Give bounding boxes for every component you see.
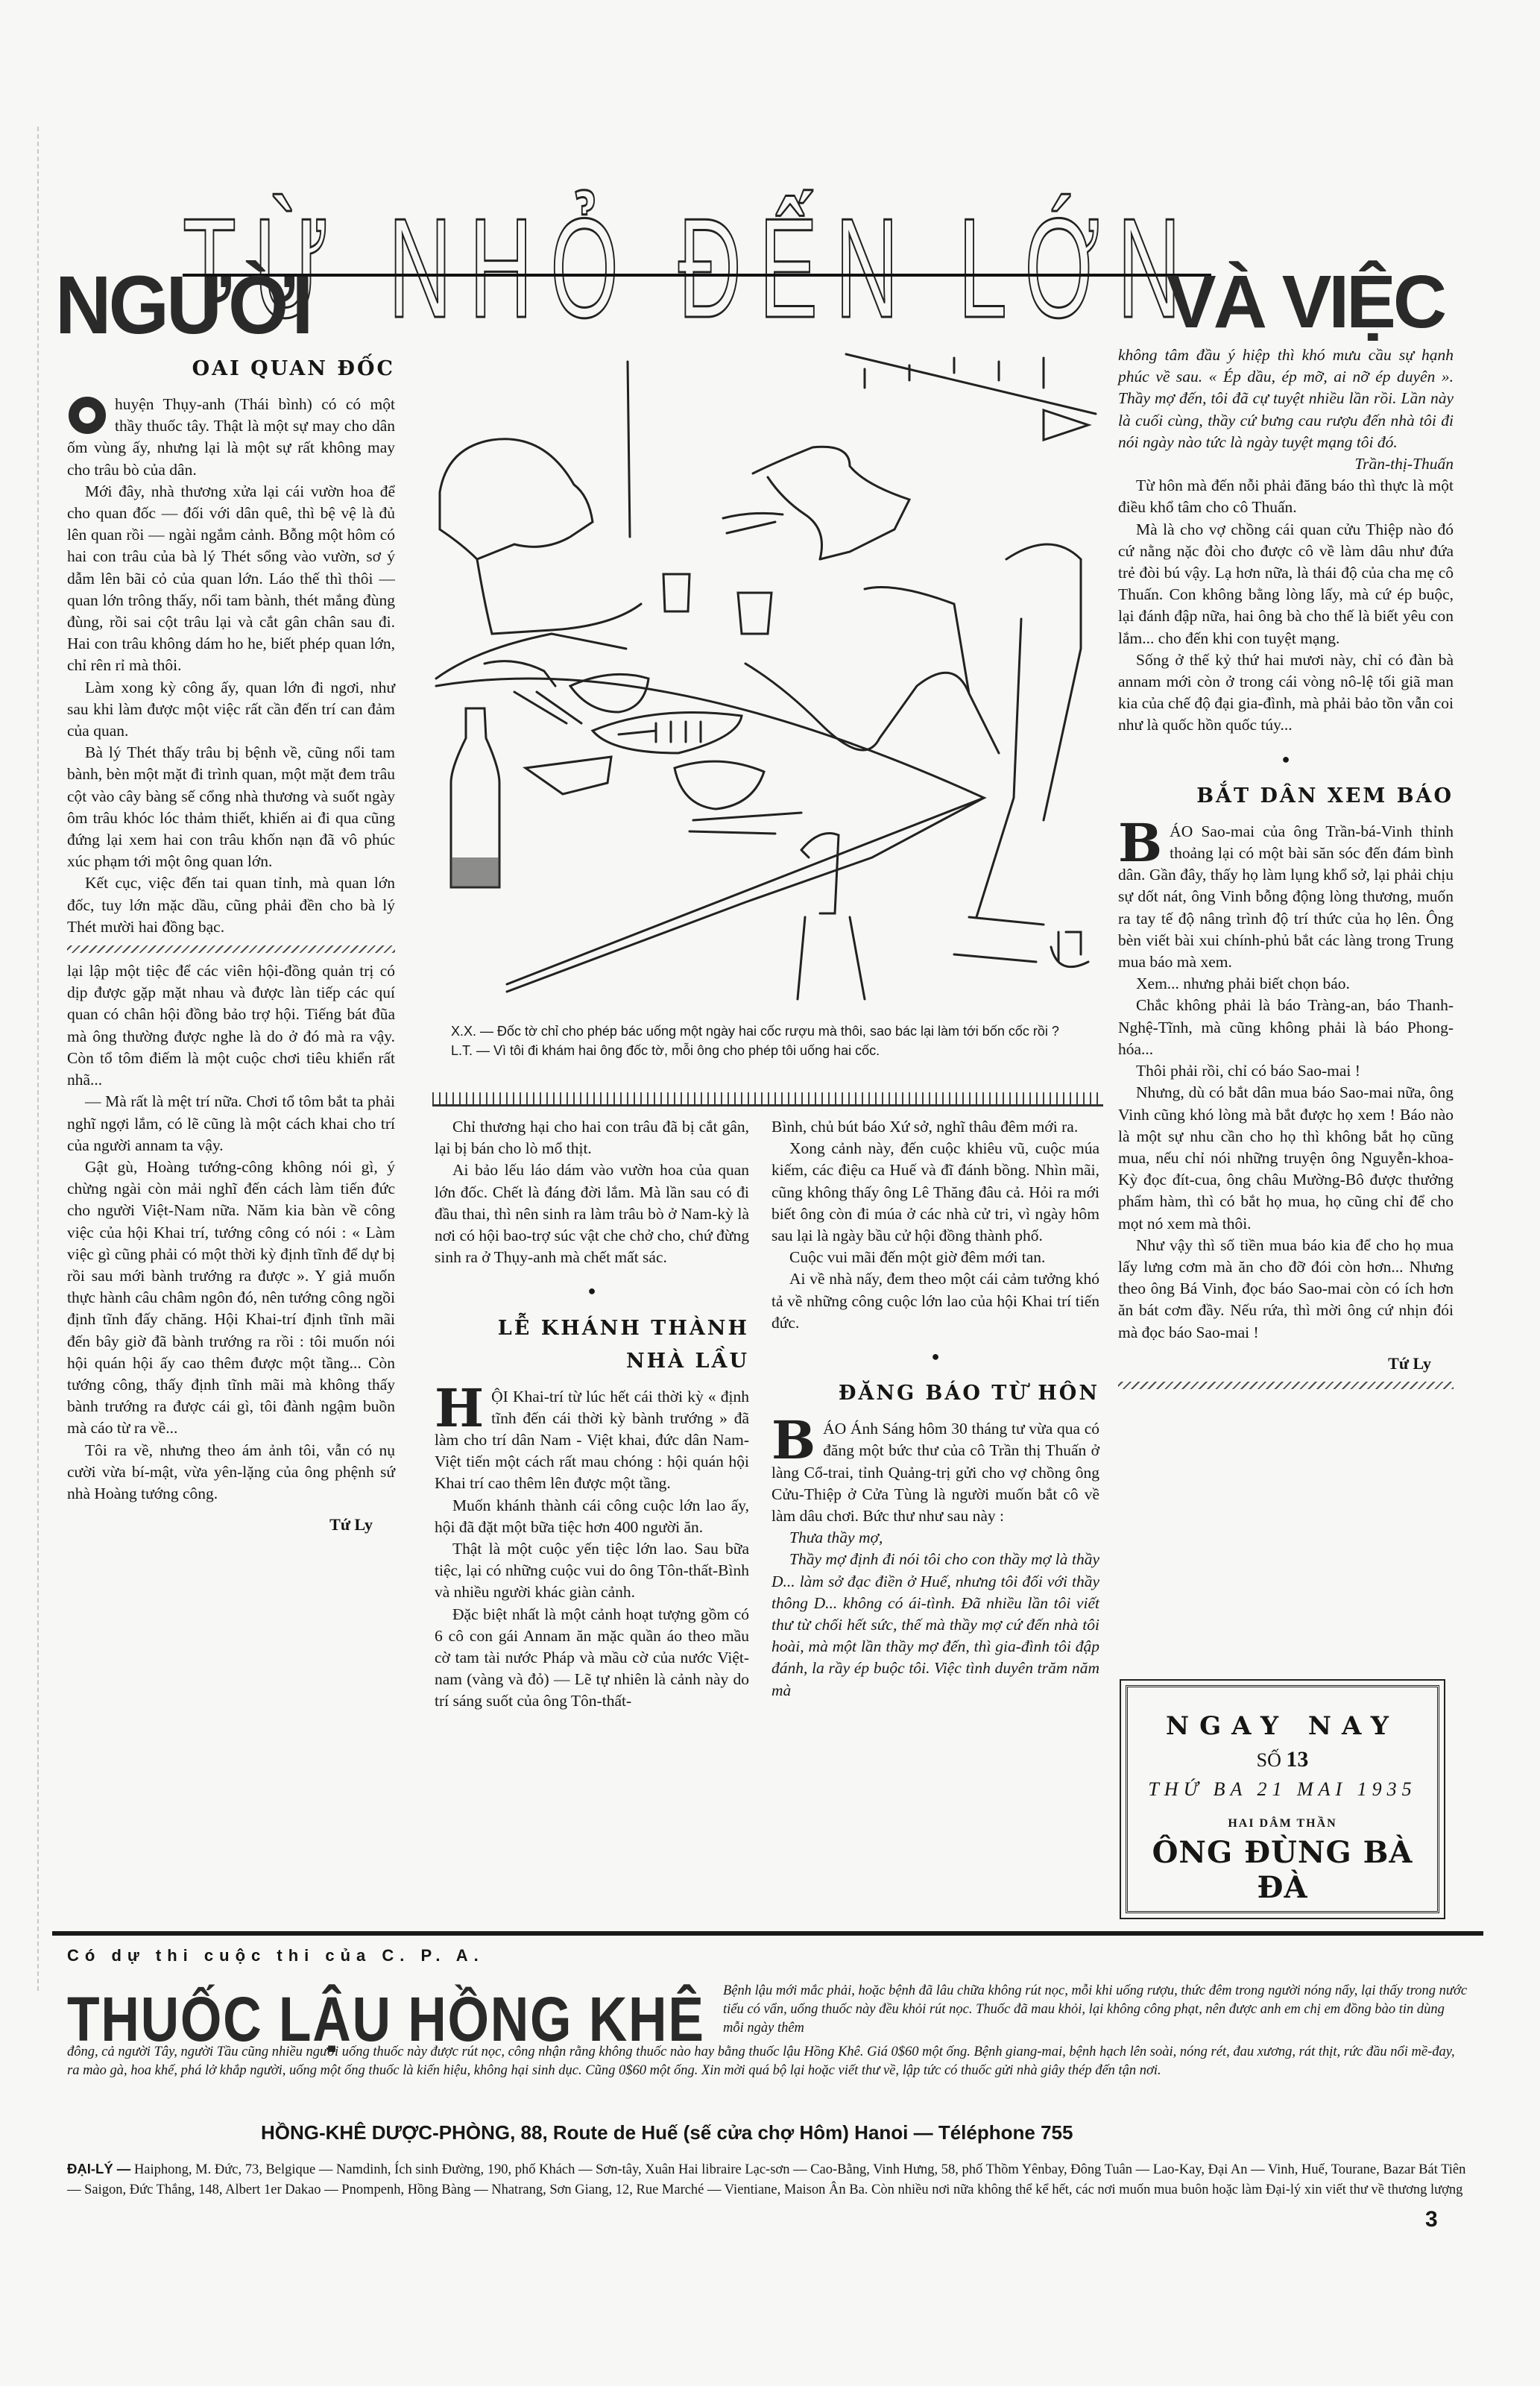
article-headline: OAI QUAN ĐỐC [67,355,395,383]
wavy-divider [1118,1382,1454,1389]
paragraph: Ai về nhà nấy, đem theo một cái cảm tưởn… [771,1268,1099,1334]
paragraph: huyện Thụy-anh (Thái bình) có có một thầ… [67,394,395,481]
paragraph: Bình, chủ bút báo Xứ sở, nghĩ thâu đêm m… [771,1116,1099,1138]
ad-description: Bệnh lậu mới mắc phải, hoặc bệnh đã lâu … [723,1982,1468,2038]
dropcap-o [69,397,106,434]
notice-title: ÔNG ĐÙNG BÀ ĐÀ [1128,1835,1437,1905]
paragraph: Kết cục, việc đến tai quan tỉnh, mà quan… [67,872,395,938]
paragraph: Xong cảnh này, đến cuộc khiêu vũ, cuộc m… [771,1138,1099,1247]
paragraph: Làm xong kỳ công ấy, quan lớn đi ngơi, n… [67,677,395,743]
paragraph: Sống ở thế kỷ thứ hai mươi này, chỉ có đ… [1118,649,1454,737]
author-signature: Tứ Ly [67,1514,373,1535]
issue-label: SỐ [1257,1749,1281,1771]
paragraph: — Mà rất là mệt trí nữa. Chơi tổ tôm bắt… [67,1091,395,1156]
article-dang-bao-tu-hon: Bình, chủ bút báo Xứ sở, nghĩ thâu đêm m… [771,1116,1099,1702]
ornament-icon: ● [771,1346,1099,1367]
letter-paragraph: Thầy mợ định đi nói tôi cho con thầy mợ … [771,1549,1099,1701]
paper-name: NGAY NAY [1128,1711,1437,1741]
article-bat-dan-xem-bao: không tâm đầu ý hiệp thì khó mưu cầu sự … [1118,344,1454,1397]
letter-paragraph: không tâm đầu ý hiệp thì khó mưu cầu sự … [1118,344,1454,453]
masthead-left-word: NGƯỜI [55,265,311,347]
cartoon-illustration [432,336,1103,1007]
author-signature: Tứ Ly [1118,1353,1431,1374]
paragraph: Ai bảo lếu láo dám vào vườn hoa của quan… [435,1159,749,1268]
paragraph: ÁO Sao-mai của ông Trần-bá-Vinh thỉnh th… [1118,821,1454,973]
ad-contest-line: Có dự thi cuộc thi của C. P. A. [67,1946,1468,1965]
article-headline: ĐĂNG BÁO TỪ HÔN [771,1379,1099,1408]
paragraph: Chỉ thương hại cho hai con trâu đã bị cắ… [435,1116,749,1159]
letter-signature: Trần-thị-Thuấn [1118,453,1454,475]
paragraph: Nhưng, dù có bắt dân mua báo Sao-mai nữa… [1118,1082,1454,1234]
issue-number-line: SỐ 13 [1128,1747,1437,1772]
paragraph: Thật là một cuộc yến tiệc lớn lao. Sau b… [435,1538,749,1604]
masthead-outline-title: TỪ NHỎ ĐẾN LỚN [183,198,1199,339]
paragraph: Xem... nhưng phải biết chọn báo. [1118,973,1454,995]
paragraph: lại lập một tiệc để các viên hội-đồng qu… [67,960,395,1091]
caption-line: L.T. — Vì tôi đi khám hai ông đốc tờ, mỗ… [451,1041,1099,1060]
masthead-right-word: VÀ VIỆC [1167,265,1444,339]
notice-subtitle: HAI DÂM THẦN [1128,1817,1437,1831]
article-le-khanh-thanh: Chỉ thương hại cho hai con trâu đã bị cắ… [435,1116,749,1713]
ad-agents-text: Haiphong, M. Đức, 73, Belgique — Namdinh… [67,2162,1465,2197]
article-headline: BẮT DÂN XEM BÁO [1118,782,1454,810]
issue-number: 13 [1286,1747,1308,1772]
paragraph: Như vậy thì số tiền mua báo kia để cho h… [1118,1235,1454,1344]
issue-date: THỨ BA 21 MAI 1935 [1128,1778,1437,1801]
section-masthead: TỪ NHỎ ĐẾN LỚN NGƯỜI VÀ VIỆC [48,190,1465,347]
dropcap-b: B [771,1420,815,1461]
cartoon-caption: X.X. — Đốc tờ chỉ cho phép bác uống một … [451,1022,1099,1060]
ornament-icon: ● [435,1280,749,1302]
paragraph: Bà lý Thét thấy trâu bị bệnh về, cũng nổ… [67,742,395,872]
ad-top-rule [52,1931,1483,1936]
ad-description-continued: đông, cả người Tây, người Tầu cũng nhiều… [67,2043,1468,2080]
paragraph: Thôi phải rồi, chỉ có báo Sao-mai ! [1118,1060,1454,1082]
article-headline: LỄ KHÁNH THÀNH [435,1315,749,1343]
page-number: 3 [1425,2207,1438,2232]
paragraph: Mới đây, nhà thương xửa lại cái vườn hoa… [67,481,395,677]
paragraph: Mà là cho vợ chồng cái quan cửu Thiệp nà… [1118,519,1454,649]
paragraph: Cuộc vui mãi đến một giờ đêm mới tan. [771,1247,1099,1268]
caption-line: X.X. — Đốc tờ chỉ cho phép bác uống một … [451,1022,1099,1041]
paragraph: Gật gù, Hoàng tướng-công không nói gì, ý… [67,1156,395,1440]
issue-notice-box: NGAY NAY SỐ 13 THỨ BA 21 MAI 1935 HAI DÂ… [1126,1685,1439,1913]
page-scan-edge [15,127,39,1991]
wavy-divider [67,945,395,953]
ad-company-line: HỒNG-KHÊ DƯỢC-PHÒNG, 88, Route de Huế (s… [261,2121,1073,2144]
article-headline: NHÀ LẦU [435,1347,749,1376]
paragraph: Từ hôn mà đến nỗi phải đăng báo thì thực… [1118,475,1454,518]
dropcap-b: B [1118,822,1162,864]
letter-paragraph: Thưa thầy mợ, [771,1527,1099,1549]
ad-agents: ĐẠI-LÝ — Haiphong, M. Đức, 73, Belgique … [67,2159,1468,2200]
paragraph: Tôi ra về, nhưng theo ám ảnh tôi, vẫn có… [67,1440,395,1505]
article-oai-quan-doc: OAI QUAN ĐỐC huyện Thụy-anh (Thái bình) … [67,350,395,1535]
ad-agents-label: ĐẠI-LÝ — [67,2161,130,2176]
dropcap-h: H [435,1388,484,1429]
masthead-rule [183,274,1211,277]
ornament-icon: ● [1118,749,1454,770]
paragraph: Đặc biệt nhất là một cảnh hoạt tượng gồm… [435,1604,749,1713]
zigzag-divider [432,1092,1103,1107]
paragraph: Muốn khánh thành cái công cuộc lớn lao ấ… [435,1495,749,1538]
paragraph: ÁO Ánh Sáng hôm 30 tháng tư vừa qua có đ… [771,1418,1099,1527]
advertisement-hong-khe: Có dự thi cuộc thi của C. P. A. THUỐC LẬ… [67,1946,1468,1965]
paragraph: Chắc không phải là báo Tràng-an, báo Tha… [1118,995,1454,1060]
